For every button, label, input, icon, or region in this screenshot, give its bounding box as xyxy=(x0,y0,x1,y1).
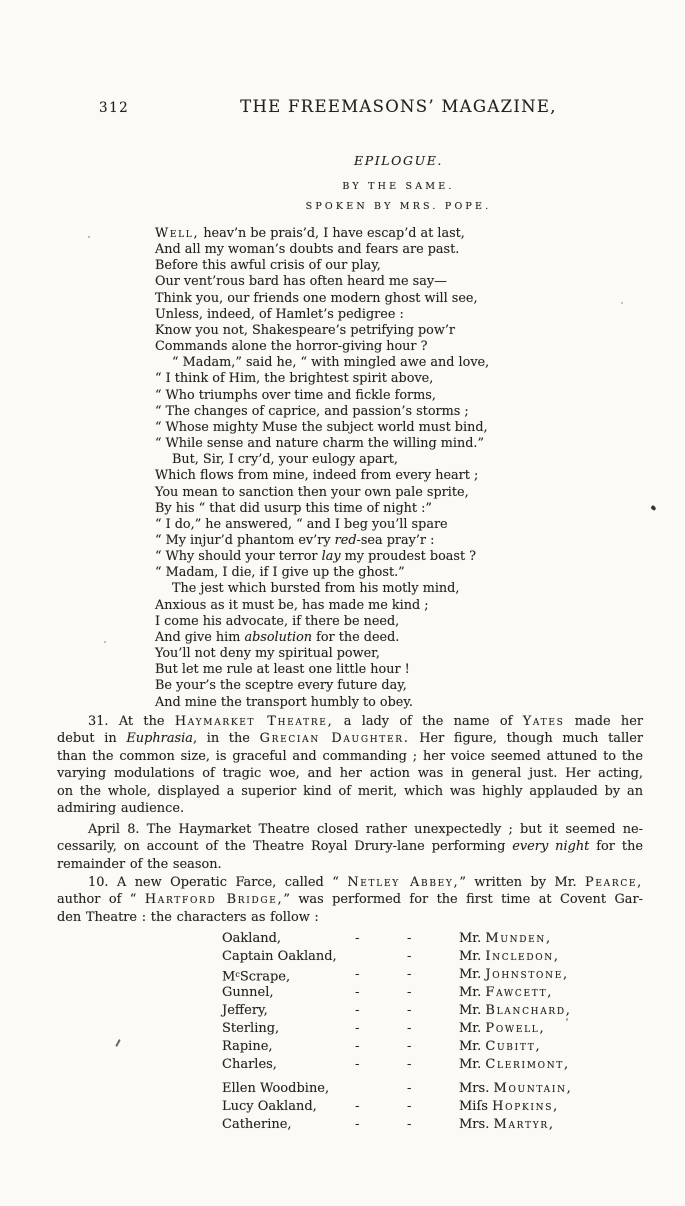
cast-row: McScrape,--Mr. Johnstone, xyxy=(222,966,573,984)
text-line: “ Who triumphs over time and fickle form… xyxy=(155,388,489,404)
text-line: “ Whose mighty Muse the subject world mu… xyxy=(155,420,489,436)
cast-character: Catherine, xyxy=(222,1116,355,1134)
text-line: And give him absolution for the deed. xyxy=(155,630,489,646)
cast-dash: - xyxy=(407,930,459,948)
cast-row: Rapine,--Mr. Cubitt, xyxy=(222,1038,573,1056)
text-segment: Know you not, Shakespeare’s petrifying p… xyxy=(155,323,455,338)
page-number: 312 xyxy=(99,100,129,116)
text-segment: Captain Oakland, xyxy=(222,949,337,964)
text-segment: for the xyxy=(589,839,643,854)
text-segment: made her xyxy=(564,714,643,729)
text-segment: Which flows from mine, indeed from every… xyxy=(155,468,478,483)
text-line: “ The changes of caprice, and passion’s … xyxy=(155,404,489,420)
text-segment: , in the xyxy=(193,731,260,746)
scan-speck xyxy=(566,1018,568,1021)
text-segment: author of “ xyxy=(57,892,145,907)
cast-row: Ellen Woodbine,-Mrs. Mountain, xyxy=(222,1080,573,1098)
text-segment: Mr. xyxy=(459,949,485,964)
cast-dash xyxy=(355,948,407,966)
text-line: cessarily, on account of the Theatre Roy… xyxy=(57,838,643,855)
text-line: admiring audience. xyxy=(57,800,643,817)
cast-character: Sterling, xyxy=(222,1020,355,1038)
small-caps-text: Powell, xyxy=(485,1021,545,1036)
text-segment: Mr. xyxy=(459,1021,485,1036)
cast-row: Lucy Oakland,--Miſs Hopkins, xyxy=(222,1098,573,1116)
text-line: on the whole, displayed a superior kind … xyxy=(57,783,643,800)
cast-performer: Mr. Blanchard, xyxy=(459,1002,573,1020)
text-segment: -sea pray’r : xyxy=(357,533,435,548)
text-line: And mine the transport humbly to obey. xyxy=(155,695,489,711)
cast-performer: Mr. Clerimont, xyxy=(459,1056,573,1074)
text-segment: a lady of the name of xyxy=(333,714,522,729)
text-segment: Jeffery, xyxy=(222,1003,268,1018)
text-segment: heav’n be prais’d, I have escap’d at las… xyxy=(199,226,465,241)
epilogue-byline: BY THE SAME. xyxy=(112,181,685,192)
text-segment: “ Why should your terror xyxy=(155,549,322,564)
text-line: “ My injur’d phantom ev’ry red-sea pray’… xyxy=(155,533,489,549)
cast-dash: - xyxy=(407,948,459,966)
text-segment: You’ll not deny my spiritual power, xyxy=(155,646,380,661)
text-segment: Mr. xyxy=(459,1057,485,1072)
cast-performer: Mr. Powell, xyxy=(459,1020,573,1038)
text-line: By his “ that did usurp this time of nig… xyxy=(155,501,489,517)
cast-dash: - xyxy=(355,984,407,1002)
text-segment: And mine the transport humbly to obey. xyxy=(155,695,413,710)
small-caps-text: Hartford Bridge, xyxy=(145,892,284,907)
text-line: 10. A new Operatic Farce, called “ Netle… xyxy=(57,874,643,891)
cast-dash: - xyxy=(355,930,407,948)
text-line: You mean to sanction then your own pale … xyxy=(155,485,489,501)
small-caps-text: Mountain, xyxy=(493,1081,572,1096)
text-segment: remainder of the season. xyxy=(57,857,222,872)
italic-text: Euphrasia xyxy=(126,731,193,746)
text-segment: “ I think of Him, the brightest spirit a… xyxy=(155,371,433,386)
cast-dash: - xyxy=(407,1056,459,1074)
text-line: varying modulations of tragic woe, and h… xyxy=(57,765,643,782)
cast-row: Charles,--Mr. Clerimont, xyxy=(222,1056,573,1074)
italic-text: lay xyxy=(322,549,341,564)
text-segment: varying modulations of tragic woe, and h… xyxy=(57,766,643,781)
small-caps-text: Yates xyxy=(523,714,565,729)
text-segment: Oakland, xyxy=(222,931,281,946)
text-line: Unless, indeed, of Hamlet’s pedigree : xyxy=(155,307,489,323)
text-segment: Ellen Woodbine, xyxy=(222,1081,329,1096)
text-segment: Think you, our friends one modern ghost … xyxy=(155,291,478,306)
text-segment: Mrs. xyxy=(459,1117,493,1132)
text-segment: By his “ that did usurp this time of nig… xyxy=(155,501,432,516)
italic-text: every night xyxy=(512,839,589,854)
text-line: debut in Euphrasia, in the Grecian Daugh… xyxy=(57,730,643,747)
epilogue-heading: EPILOGUE. BY THE SAME. SPOKEN BY MRS. PO… xyxy=(0,153,685,212)
epilogue-spoken-by: SPOKEN BY MRS. POPE. xyxy=(112,201,685,212)
cast-character: Gunnel, xyxy=(222,984,355,1002)
text-segment: my proudest boast ? xyxy=(341,549,476,564)
text-line: But let me rule at least one little hour… xyxy=(155,662,489,678)
text-segment: 10. A new Operatic Farce, called “ xyxy=(88,875,347,890)
text-line: Before this awful crisis of our play, xyxy=(155,258,489,274)
cast-row: Captain Oakland,-Mr. Incledon, xyxy=(222,948,573,966)
text-line: remainder of the season. xyxy=(57,856,643,873)
small-caps-text: Cubitt, xyxy=(485,1039,541,1054)
text-segment: “ Madam, I die, if I give up the ghost.” xyxy=(155,565,405,580)
text-segment: “ The changes of caprice, and passion’s … xyxy=(155,404,469,419)
cast-character: Captain Oakland, xyxy=(222,948,355,966)
text-segment: Charles, xyxy=(222,1057,277,1072)
text-line: Think you, our friends one modern ghost … xyxy=(155,291,489,307)
text-segment: “ Who triumphs over time and fickle form… xyxy=(155,388,436,403)
text-segment: “ Madam,” said he, “ with mingled awe an… xyxy=(172,355,489,370)
scan-speck xyxy=(115,1039,121,1047)
small-caps-text: Johnstone, xyxy=(485,967,568,982)
cast-performer: Mr. Incledon, xyxy=(459,948,573,966)
text-segment: debut in xyxy=(57,731,126,746)
cast-performer: Mrs. Mountain, xyxy=(459,1080,573,1098)
text-line: than the common size, is graceful and co… xyxy=(57,748,643,765)
cast-dash: - xyxy=(407,1020,459,1038)
cast-dash: - xyxy=(407,984,459,1002)
cast-character: Lucy Oakland, xyxy=(222,1098,355,1116)
cast-performer: Mr. Cubitt, xyxy=(459,1038,573,1056)
small-caps-text: Pearce, xyxy=(585,875,643,890)
text-line: Which flows from mine, indeed from every… xyxy=(155,468,489,484)
page-header: 312 THE FREEMASONS’ MAGAZINE, xyxy=(0,97,685,119)
cast-character: Charles, xyxy=(222,1056,355,1074)
note-netley-abbey: 10. A new Operatic Farce, called “ Netle… xyxy=(57,874,643,926)
text-segment: Gunnel, xyxy=(222,985,274,1000)
cast-dash xyxy=(355,1080,407,1098)
text-segment: And all my woman’s doubts and fears are … xyxy=(155,242,459,257)
cast-character: Ellen Woodbine, xyxy=(222,1080,355,1098)
cast-list: Oakland,--Mr. Munden,Captain Oakland,-Mr… xyxy=(222,930,573,1134)
text-segment: Scrape, xyxy=(240,970,290,985)
cast-row: Oakland,--Mr. Munden, xyxy=(222,930,573,948)
cast-dash: - xyxy=(355,1116,407,1134)
small-caps-text: Fawcett, xyxy=(485,985,553,1000)
small-caps-text: Incledon, xyxy=(485,949,559,964)
text-segment: I come his advocate, if there be need, xyxy=(155,614,399,629)
text-segment: Mr. xyxy=(459,1039,485,1054)
small-caps-text: Blanchard, xyxy=(485,1003,571,1018)
scan-speck xyxy=(88,236,90,238)
text-segment: Catherine, xyxy=(222,1117,292,1132)
text-segment: “ My injur’d phantom ev’ry xyxy=(155,533,335,548)
cast-dash: - xyxy=(355,1056,407,1074)
text-segment: ” written by Mr. xyxy=(459,875,585,890)
text-segment: You mean to sanction then your own pale … xyxy=(155,485,469,500)
scan-speck xyxy=(650,505,656,511)
text-line: “ Madam,” said he, “ with mingled awe an… xyxy=(155,355,489,371)
text-segment: Miſs xyxy=(459,1099,492,1114)
text-line: “ While sense and nature charm the willi… xyxy=(155,436,489,452)
cast-dash: - xyxy=(355,1098,407,1116)
note-haymarket-yates: 31. At the Haymarket Theatre, a lady of … xyxy=(57,713,643,817)
text-line: But, Sir, I cry’d, your eulogy apart, xyxy=(155,452,489,468)
cast-row: Catherine,--Mrs. Martyr, xyxy=(222,1116,573,1134)
cast-dash: - xyxy=(407,1080,459,1098)
text-segment: “ Whose mighty Muse the subject world mu… xyxy=(155,420,488,435)
text-segment: But let me rule at least one little hour… xyxy=(155,662,410,677)
text-segment: Sterling, xyxy=(222,1021,279,1036)
text-segment: “ I do,” he answered, “ and I beg you’ll… xyxy=(155,517,448,532)
text-segment: And give him xyxy=(155,630,244,645)
cast-dash: - xyxy=(355,1020,407,1038)
text-segment: Rapine, xyxy=(222,1039,273,1054)
cast-row: Sterling,--Mr. Powell, xyxy=(222,1020,573,1038)
text-segment: Mr. xyxy=(459,931,485,946)
text-line: author of “ Hartford Bridge,” was perfor… xyxy=(57,891,643,908)
text-segment: The jest which bursted from his motly mi… xyxy=(172,581,459,596)
text-line: April 8. The Haymarket Theatre closed ra… xyxy=(57,821,643,838)
text-segment: Her figure, though much taller xyxy=(410,731,643,746)
text-segment: Unless, indeed, of Hamlet’s pedigree : xyxy=(155,307,404,322)
text-segment: Mr. xyxy=(459,967,485,982)
text-line: Anxious as it must be, has made me kind … xyxy=(155,598,489,614)
scanned-magazine-page: 312 THE FREEMASONS’ MAGAZINE, EPILOGUE. … xyxy=(0,0,685,1206)
text-line: And all my woman’s doubts and fears are … xyxy=(155,242,489,258)
text-segment: But, Sir, I cry’d, your eulogy apart, xyxy=(172,452,398,467)
text-line: I come his advocate, if there be need, xyxy=(155,614,489,630)
cast-performer: Mrs. Martyr, xyxy=(459,1116,573,1134)
text-segment: Lucy Oakland, xyxy=(222,1099,317,1114)
cast-dash: - xyxy=(407,1002,459,1020)
text-segment: cessarily, on account of the Theatre Roy… xyxy=(57,839,512,854)
text-line: Commands alone the horror-giving hour ? xyxy=(155,339,489,355)
text-line: 31. At the Haymarket Theatre, a lady of … xyxy=(57,713,643,730)
text-segment: Mr. xyxy=(459,1003,485,1018)
text-segment: “ While sense and nature charm the willi… xyxy=(155,436,484,451)
cast-row: Gunnel,--Mr. Fawcett, xyxy=(222,984,573,1002)
text-line: You’ll not deny my spiritual power, xyxy=(155,646,489,662)
text-segment: ” was performed for the first time at Co… xyxy=(283,892,643,907)
small-caps-text: Grecian Daughter. xyxy=(260,731,410,746)
text-segment: for the deed. xyxy=(312,630,399,645)
text-line: Know you not, Shakespeare’s petrifying p… xyxy=(155,323,489,339)
cast-character: Oakland, xyxy=(222,930,355,948)
small-caps-text: Munden, xyxy=(485,931,551,946)
small-caps-text: Martyr, xyxy=(493,1117,554,1132)
text-segment: April 8. The Haymarket Theatre closed ra… xyxy=(88,822,643,837)
text-line: The jest which bursted from his motly mi… xyxy=(155,581,489,597)
text-line: “ Madam, I die, if I give up the ghost.” xyxy=(155,565,489,581)
text-segment: M xyxy=(222,970,235,985)
small-caps-text: Netley Abbey, xyxy=(347,875,459,890)
text-segment: Mrs. xyxy=(459,1081,493,1096)
cast-performer: Mr. Fawcett, xyxy=(459,984,573,1002)
cast-dash: - xyxy=(355,1038,407,1056)
cast-dash: - xyxy=(407,1098,459,1116)
cast-performer: Mr. Munden, xyxy=(459,930,573,948)
epilogue-poem: Well, heav’n be prais’d, I have escap’d … xyxy=(155,226,489,711)
note-april-8: April 8. The Haymarket Theatre closed ra… xyxy=(57,821,643,873)
cast-row: Jeffery,--Mr. Blanchard, xyxy=(222,1002,573,1020)
small-caps-text: Hopkins, xyxy=(492,1099,559,1114)
text-segment: Mr. xyxy=(459,985,485,1000)
cast-dash: - xyxy=(407,1038,459,1056)
text-segment: 31. At the xyxy=(88,714,175,729)
text-segment: Our vent’rous bard has often heard me sa… xyxy=(155,274,447,289)
text-segment: Before this awful crisis of our play, xyxy=(155,258,381,273)
text-line: den Theatre : the characters as follow : xyxy=(57,909,643,926)
text-line: “ Why should your terror lay my proudest… xyxy=(155,549,489,565)
text-segment: admiring audience. xyxy=(57,801,184,816)
small-caps-text: Well, xyxy=(155,226,199,241)
text-line: Be your’s the sceptre every future day, xyxy=(155,678,489,694)
text-segment: Commands alone the horror-giving hour ? xyxy=(155,339,427,354)
small-caps-text: Clerimont, xyxy=(485,1057,569,1072)
small-caps-text: Haymarket Theatre, xyxy=(175,714,334,729)
scan-speck xyxy=(104,641,106,643)
text-segment: Anxious as it must be, has made me kind … xyxy=(155,598,429,613)
text-segment: den Theatre : the characters as follow : xyxy=(57,910,319,925)
scan-speck xyxy=(621,302,623,304)
text-line: Our vent’rous bard has often heard me sa… xyxy=(155,274,489,290)
cast-character: Rapine, xyxy=(222,1038,355,1056)
cast-character: Jeffery, xyxy=(222,1002,355,1020)
text-segment: than the common size, is graceful and co… xyxy=(57,749,643,764)
text-segment: on the whole, displayed a superior kind … xyxy=(57,784,643,799)
text-line: Well, heav’n be prais’d, I have escap’d … xyxy=(155,226,489,242)
italic-text: red xyxy=(335,533,357,548)
epilogue-title: EPILOGUE. xyxy=(112,153,685,168)
cast-dash: - xyxy=(407,1116,459,1134)
text-segment: Be your’s the sceptre every future day, xyxy=(155,678,407,693)
cast-performer: Miſs Hopkins, xyxy=(459,1098,573,1116)
cast-dash: - xyxy=(355,1002,407,1020)
text-line: “ I think of Him, the brightest spirit a… xyxy=(155,371,489,387)
text-line: “ I do,” he answered, “ and I beg you’ll… xyxy=(155,517,489,533)
italic-text: absolution xyxy=(244,630,312,645)
